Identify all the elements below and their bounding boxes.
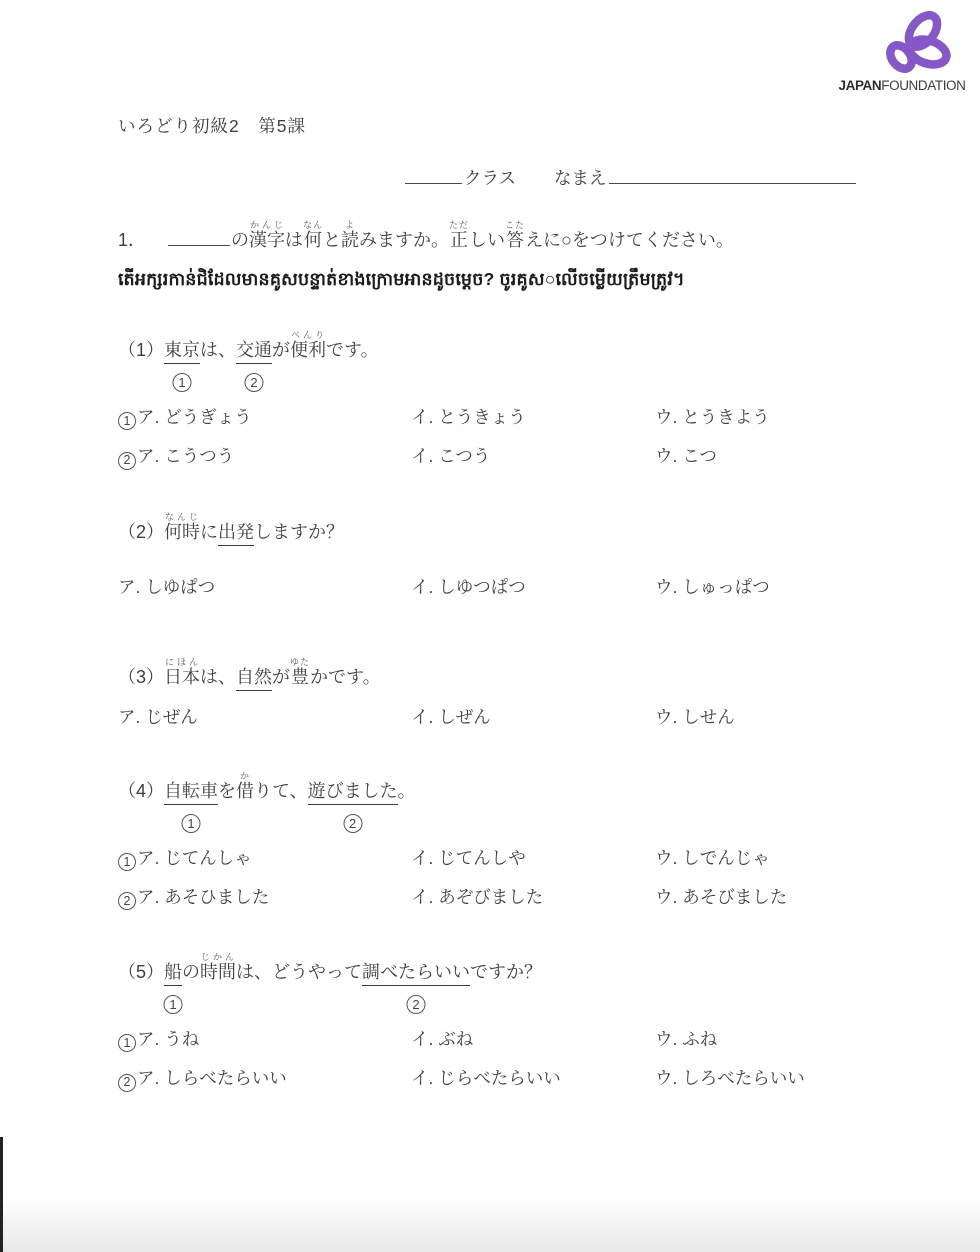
text-segment: 何時なんじ (164, 512, 200, 544)
option-badge: 1 (118, 853, 136, 871)
option-cell: ア. しゆぱつ (118, 574, 411, 599)
worksheet-page: JAPANFOUNDATION いろどり初級2 第5課 クラスなまえ 1．の漢字… (0, 0, 980, 1252)
question-label: （3） (118, 663, 164, 689)
furigana: なん (303, 220, 323, 230)
text-segment: りて、 (254, 777, 308, 803)
furigana: かんじ (249, 220, 285, 230)
instruction-text: の漢字かんじは何なんと読よみますか。正ただしい答こたえに○をつけてください。 (231, 230, 734, 250)
option-cell: イ. こつう (411, 443, 655, 468)
option-cell: 2ア. こうつう (118, 443, 411, 469)
text-segment: 読よ (341, 220, 359, 252)
question-label: （4） (118, 777, 164, 803)
option-cell: 2ア. しらべたらいい (118, 1065, 411, 1091)
furigana: か (236, 771, 254, 781)
brand-text: JAPANFOUNDATION (838, 78, 966, 93)
option-cell: ウ. しろべたらいい (655, 1065, 805, 1090)
options: 1ア. どうぎょうイ. とうきょうウ. とうきよう2ア. こうつうイ. こつうウ… (118, 404, 868, 470)
name-label: なまえ (554, 168, 607, 188)
text-segment: 。 (398, 777, 416, 803)
option-cell: ウ. あそびました (655, 884, 787, 909)
options-row: 2ア. しらべたらいいイ. じらべたらいいウ. しろべたらいい (118, 1065, 868, 1091)
option-cell: 1ア. どうぎょう (118, 404, 411, 430)
question-sentence: 日本にほんは、自然が豊ゆたかです。 (164, 657, 381, 691)
option-cell: イ. しぜん (411, 704, 655, 729)
brand-japan: JAPAN (838, 78, 881, 93)
butterfly-icon (882, 8, 952, 76)
marker-badge: 1 (182, 814, 201, 833)
options: ア. じぜんイ. しぜんウ. しせん (118, 704, 868, 729)
options: 1ア. じてんしゃイ. じてんしやウ. しでんじゃ2ア. あそひましたイ. あぞ… (118, 845, 868, 911)
class-label: クラス (464, 168, 516, 188)
option-cell: ウ. ふね (655, 1026, 717, 1051)
text-segment: 時間じかん (200, 952, 236, 984)
options-row: 1ア. どうぎょうイ. とうきょうウ. とうきよう (118, 404, 868, 430)
option-cell: 2ア. あそひました (118, 884, 411, 910)
underlined-word: 遊びました2 (308, 777, 398, 805)
worksheet-content: いろどり初級2 第5課 クラスなまえ 1．の漢字かんじは何なんと読よみますか。正… (0, 0, 980, 1092)
furigana-word: 何なん (303, 230, 323, 250)
furigana-word: 何時なんじ (164, 522, 200, 542)
options: ア. しゆぱつイ. しゆつぱつウ. しゅっぱつ (118, 574, 868, 599)
question-block: （3）日本にほんは、自然が豊ゆたかです。 ア. じぜんイ. しぜんウ. しせん (118, 657, 868, 729)
furigana: ただ (449, 220, 469, 230)
text-segment: 答こた (505, 220, 525, 252)
page-title: いろどり初級2 第5課 (118, 113, 868, 138)
options-row: 1ア. うねイ. ぶねウ. ふね (118, 1026, 868, 1052)
text-segment: の (182, 958, 200, 984)
class-name-line: クラスなまえ (405, 165, 868, 190)
marker-badge: 2 (343, 814, 362, 833)
furigana-word: 正ただ (449, 230, 469, 250)
furigana-word: 便利べんり (290, 340, 326, 360)
khmer-instruction: តើអក្សរកាន់ជិដែលមានគូសបន្ទាត់ខាងក្រោមអាន… (118, 268, 868, 294)
text-segment: は、どうやって (236, 958, 362, 984)
question-block: （1）東京1は、交通2が便利べんりです。 1ア. どうぎょうイ. とうきょうウ.… (118, 330, 868, 470)
question-sentence-row: （1）東京1は、交通2が便利べんりです。 (118, 330, 868, 364)
option-cell: イ. じてんしや (411, 845, 655, 870)
option-badge: 2 (118, 892, 136, 910)
marker-badge: 2 (245, 373, 264, 392)
furigana: べんり (290, 330, 326, 340)
option-cell: イ. じらべたらいい (411, 1065, 655, 1090)
text-segment: と (323, 226, 341, 252)
marker-badge: 1 (173, 373, 192, 392)
question-1-instruction: 1．の漢字かんじは何なんと読よみますか。正ただしい答こたえに○をつけてください。 (118, 220, 868, 252)
question-label: （2） (118, 518, 164, 544)
options-row: ア. しゆぱつイ. しゆつぱつウ. しゅっぱつ (118, 574, 868, 599)
name-blank (609, 167, 856, 185)
option-badge: 2 (118, 1074, 136, 1092)
question-sentence: 自転車1を借かりて、遊びました2。 (164, 771, 416, 805)
options-row: ア. じぜんイ. しぜんウ. しせん (118, 704, 868, 729)
option-cell: ウ. しせん (655, 704, 735, 729)
text-segment: の (231, 226, 249, 252)
option-badge: 2 (118, 452, 136, 470)
question-label: （1） (118, 336, 164, 362)
page-bottom-edge (0, 1197, 980, 1252)
furigana-word: 漢字かんじ (249, 230, 285, 250)
underlined-word: 自然 (236, 663, 272, 691)
text-segment: えに○をつけてください。 (525, 226, 734, 252)
furigana-word: 答こた (505, 230, 525, 250)
options-row: 2ア. あそひましたイ. あぞびましたウ. あそびました (118, 884, 868, 910)
option-cell: ウ. とうきよう (655, 404, 770, 429)
option-cell: ア. じぜん (118, 704, 411, 729)
underlined-word: 自転車1 (164, 777, 218, 805)
text-segment: 正ただ (449, 220, 469, 252)
option-cell: イ. しゆつぱつ (411, 574, 655, 599)
text-segment: が (272, 663, 290, 689)
text-segment: は、 (200, 336, 236, 362)
text-segment: ですか？ (470, 958, 542, 984)
question-number: 1． (118, 230, 146, 250)
furigana-word: 読よ (341, 230, 359, 250)
furigana: にほん (164, 657, 200, 667)
text-segment: は (285, 226, 303, 252)
question-sentence: 船1の時間じかんは、どうやって調べたらいい2ですか？ (164, 952, 542, 986)
underlined-word: 出発 (218, 518, 254, 546)
instruction-blank (168, 228, 230, 246)
furigana: じかん (200, 952, 236, 962)
question-block: （2）何時なんじに出発しますか？ ア. しゆぱつイ. しゆつぱつウ. しゅっぱつ (118, 512, 868, 599)
text-segment: 日本にほん (164, 657, 200, 689)
question-block: （4）自転車1を借かりて、遊びました2。 1ア. じてんしゃイ. じてんしやウ.… (118, 771, 868, 911)
underlined-word: 交通2 (236, 336, 272, 364)
text-segment: 何なん (303, 220, 323, 252)
option-cell: イ. とうきょう (411, 404, 655, 429)
text-segment: 豊ゆた (290, 657, 310, 689)
text-segment: を (218, 777, 236, 803)
option-cell: ウ. しゅっぱつ (655, 574, 770, 599)
text-segment: 漢字かんじ (249, 220, 285, 252)
option-cell: イ. ぶね (411, 1026, 655, 1051)
question-label: （5） (118, 958, 164, 984)
text-segment: が (272, 336, 290, 362)
question-sentence-row: （3）日本にほんは、自然が豊ゆたかです。 (118, 657, 868, 691)
underlined-word: 東京1 (164, 336, 200, 364)
option-cell: 1ア. じてんしゃ (118, 845, 411, 871)
question-sentence: 何時なんじに出発しますか？ (164, 512, 344, 546)
option-cell: ウ. しでんじゃ (655, 845, 770, 870)
japan-foundation-logo: JAPANFOUNDATION (838, 8, 966, 93)
furigana-word: 日本にほん (164, 667, 200, 687)
furigana: こた (505, 220, 525, 230)
questions: （1）東京1は、交通2が便利べんりです。 1ア. どうぎょうイ. とうきょうウ.… (118, 330, 868, 1092)
question-sentence-row: （5）船1の時間じかんは、どうやって調べたらいい2ですか？ (118, 952, 868, 986)
text-segment: しい (469, 226, 505, 252)
options: 1ア. うねイ. ぶねウ. ふね2ア. しらべたらいいイ. じらべたらいいウ. … (118, 1026, 868, 1092)
question-sentence-row: （4）自転車1を借かりて、遊びました2。 (118, 771, 868, 805)
underlined-word: 調べたらいい2 (362, 958, 470, 986)
furigana-word: 時間じかん (200, 962, 236, 982)
furigana-word: 借か (236, 781, 254, 801)
underlined-word: 船1 (164, 958, 182, 986)
class-blank (405, 167, 462, 185)
text-segment: 便利べんり (290, 330, 326, 362)
marker-badge: 1 (164, 995, 183, 1014)
text-segment: です。 (326, 336, 379, 362)
question-sentence: 東京1は、交通2が便利べんりです。 (164, 330, 379, 364)
option-cell: ウ. こつ (655, 443, 717, 468)
furigana: なんじ (164, 512, 200, 522)
text-segment: は、 (200, 663, 236, 689)
text-segment: に (200, 518, 218, 544)
question-block: （5）船1の時間じかんは、どうやって調べたらいい2ですか？ 1ア. うねイ. ぶ… (118, 952, 868, 1092)
text-segment: かです。 (310, 663, 381, 689)
page-left-edge (0, 1137, 3, 1252)
option-badge: 1 (118, 1034, 136, 1052)
text-segment: 借か (236, 771, 254, 803)
option-cell: イ. あぞびました (411, 884, 655, 909)
option-cell: 1ア. うね (118, 1026, 411, 1052)
options-row: 1ア. じてんしゃイ. じてんしやウ. しでんじゃ (118, 845, 868, 871)
options-row: 2ア. こうつうイ. こつうウ. こつ (118, 443, 868, 469)
option-badge: 1 (118, 412, 136, 430)
furigana: ゆた (290, 657, 310, 667)
text-segment: しますか？ (254, 518, 344, 544)
furigana: よ (341, 220, 359, 230)
marker-badge: 2 (407, 995, 426, 1014)
furigana-word: 豊ゆた (290, 667, 310, 687)
brand-foundation: FOUNDATION (881, 78, 965, 93)
text-segment: みますか。 (359, 226, 449, 252)
question-sentence-row: （2）何時なんじに出発しますか？ (118, 512, 868, 546)
